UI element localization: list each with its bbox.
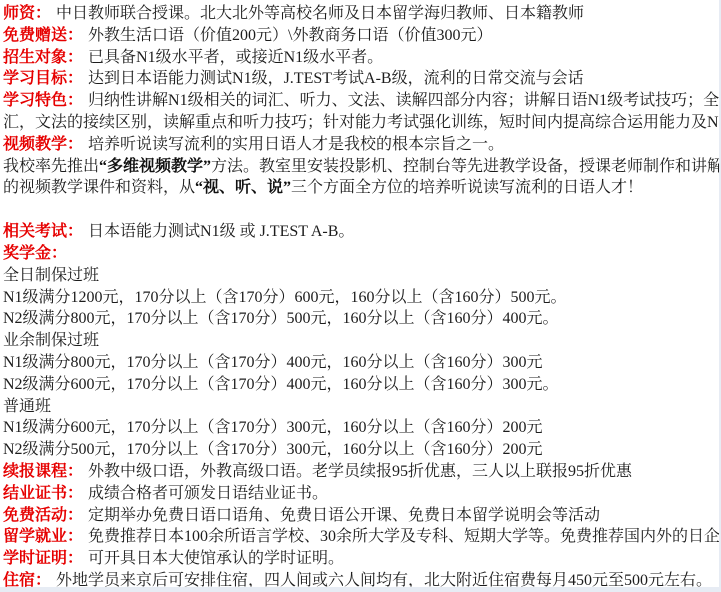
blank-line — [3, 199, 721, 221]
doc-line: 免费活动：定期举办免费日语口语角、免费日语公开课、免费日本留学说明会等活动 — [3, 505, 721, 527]
line-text: 定期举办免费日语口语角、免费日语公开课、免费日本留学说明会等活动 — [88, 507, 600, 524]
doc-line: 师资：中日教师联合授课。北大北外等高校名师及日本留学海归教师、日本籍教师 — [3, 3, 721, 25]
doc-line: 招生对象：已具备N1级水平者，或接近N1级水平者。 — [3, 47, 721, 69]
line-text: 外教生活口语（价值200元）\外教商务口语（价值300元） — [88, 27, 492, 44]
line-text: N1级满分800元，170分以上（含170分）400元，160分以上（含160分… — [3, 354, 543, 371]
doc-line: 奖学金： — [3, 243, 721, 265]
section-label: 学习目标： — [3, 70, 88, 87]
course-info-document: 师资：中日教师联合授课。北大北外等高校名师及日本留学海归教师、日本籍教师免费赠送… — [0, 0, 721, 592]
section-label: 学习特色： — [3, 92, 88, 109]
section-label: 奖学金： — [3, 245, 72, 262]
line-text: 汇，文法的接续区别，读解重点和听力技巧；针对能力考试强化训练，短时间内提高综合运… — [3, 114, 721, 131]
doc-line: N2级满分800元，170分以上（含170分）500元，160分以上（含160分… — [3, 308, 721, 330]
doc-line: 的视频教学课件和资料，从“视、听、说”三个方面全方位的培养听说读写流利的日语人才… — [3, 177, 721, 199]
line-text: 的视频教学课件和资料，从 — [3, 179, 195, 196]
doc-line: 续报课程：外教中级口语，外教高级口语。老学员续报95折优惠，三人以上联报95折优… — [3, 461, 721, 483]
section-label: 招生对象： — [3, 49, 88, 66]
doc-line: N1级满分800元，170分以上（含170分）400元，160分以上（含160分… — [3, 352, 721, 374]
doc-line: 我校率先推出“多维视频教学”方法。教室里安装投影机、控制台等先进教学设备，授课老… — [3, 156, 721, 178]
line-text: 已具备N1级水平者，或接近N1级水平者。 — [88, 49, 383, 66]
line-text: 归纳性讲解N1级相关的词汇、听力、文法、读解四部分内容；讲解日语N1级考试技巧；… — [88, 92, 721, 109]
section-label: 结业证书： — [3, 485, 88, 502]
section-label: 相关考试： — [3, 223, 88, 240]
section-label: 免费赠送： — [3, 27, 88, 44]
section-label: 视频教学： — [3, 136, 88, 153]
doc-line: N1级满分1200元，170分以上（含170分）600元，160分以上（含160… — [3, 287, 721, 309]
line-text: “多维视频教学” — [99, 158, 211, 175]
line-text: 达到日本语能力测试N1级，J.TEST考试A-B级，流利的日常交流与会话 — [88, 70, 584, 87]
line-text: 日本语能力测试N1级 或 J.TEST A-B。 — [88, 223, 354, 240]
doc-line: 普通班 — [3, 396, 721, 418]
doc-line: 汇，文法的接续区别，读解重点和听力技巧；针对能力考试强化训练，短时间内提高综合运… — [3, 112, 721, 134]
doc-line: 结业证书：成绩合格者可颁发日语结业证书。 — [3, 483, 721, 505]
doc-line: 相关考试：日本语能力测试N1级 或 J.TEST A-B。 — [3, 221, 721, 243]
section-label: 师资： — [3, 5, 56, 22]
doc-line: N2级满分500元，170分以上（含170分）300元，160分以上（含160分… — [3, 439, 721, 461]
doc-line: 视频教学：培养听说读写流利的实用日语人才是我校的根本宗旨之一。 — [3, 134, 721, 156]
doc-line: 学习目标：达到日本语能力测试N1级，J.TEST考试A-B级，流利的日常交流与会… — [3, 68, 721, 90]
line-text: 中日教师联合授课。北大北外等高校名师及日本留学海归教师、日本籍教师 — [56, 5, 584, 22]
doc-line: 免费赠送：外教生活口语（价值200元）\外教商务口语（价值300元） — [3, 25, 721, 47]
section-label: 续报课程： — [3, 463, 88, 480]
section-label: 学时证明： — [3, 550, 88, 567]
line-text: 我校率先推出 — [3, 158, 99, 175]
doc-lines: 师资：中日教师联合授课。北大北外等高校名师及日本留学海归教师、日本籍教师免费赠送… — [0, 0, 721, 592]
line-text: N2级满分800元，170分以上（含170分）500元，160分以上（含160分… — [3, 310, 559, 327]
doc-line: 留学就业：免费推荐日本100余所语言学校、30余所大学及专科、短期大学等。免费推… — [3, 526, 721, 548]
doc-line: 学时证明：可开具日本大使馆承认的学时证明。 — [3, 548, 721, 570]
line-text: “视、听、说” — [195, 179, 291, 196]
line-text: N1级满分1200元，170分以上（含170分）600元，160分以上（含160… — [3, 289, 567, 306]
line-text: 可开具日本大使馆承认的学时证明。 — [88, 550, 344, 567]
line-text: 成绩合格者可颁发日语结业证书。 — [88, 485, 328, 502]
doc-line: 业余制保过班 — [3, 330, 721, 352]
line-text: 业余制保过班 — [3, 332, 99, 349]
line-text: N1级满分600元，170分以上（含170分）300元，160分以上（含160分… — [3, 419, 543, 436]
section-label: 免费活动： — [3, 507, 88, 524]
line-text: 培养听说读写流利的实用日语人才是我校的根本宗旨之一。 — [88, 136, 504, 153]
page-bottom-edge — [0, 587, 721, 592]
line-text: 方法。教室里安装投影机、控制台等先进教学设备，授课老师制作和讲解内容丰富、形式多… — [211, 158, 721, 175]
doc-line: N1级满分600元，170分以上（含170分）300元，160分以上（含160分… — [3, 417, 721, 439]
line-text: N2级满分500元，170分以上（含170分）300元，160分以上（含160分… — [3, 441, 543, 458]
doc-line: 全日制保过班 — [3, 265, 721, 287]
line-text: 普通班 — [3, 398, 51, 415]
line-text: 全日制保过班 — [3, 267, 99, 284]
line-text: 免费推荐日本100余所语言学校、30余所大学及专科、短期大学等。免费推荐国内外的… — [88, 528, 721, 545]
line-text: N2级满分600元，170分以上（含170分）400元，160分以上（含160分… — [3, 376, 559, 393]
doc-line: N2级满分600元，170分以上（含170分）400元，160分以上（含160分… — [3, 374, 721, 396]
line-text: 外教中级口语，外教高级口语。老学员续报95折优惠，三人以上联报95折优惠 — [88, 463, 632, 480]
doc-line: 学习特色：归纳性讲解N1级相关的词汇、听力、文法、读解四部分内容；讲解日语N1级… — [3, 90, 721, 112]
section-label: 留学就业： — [3, 528, 88, 545]
line-text: 三个方面全方位的培养听说读写流利的日语人才！ — [291, 179, 643, 196]
